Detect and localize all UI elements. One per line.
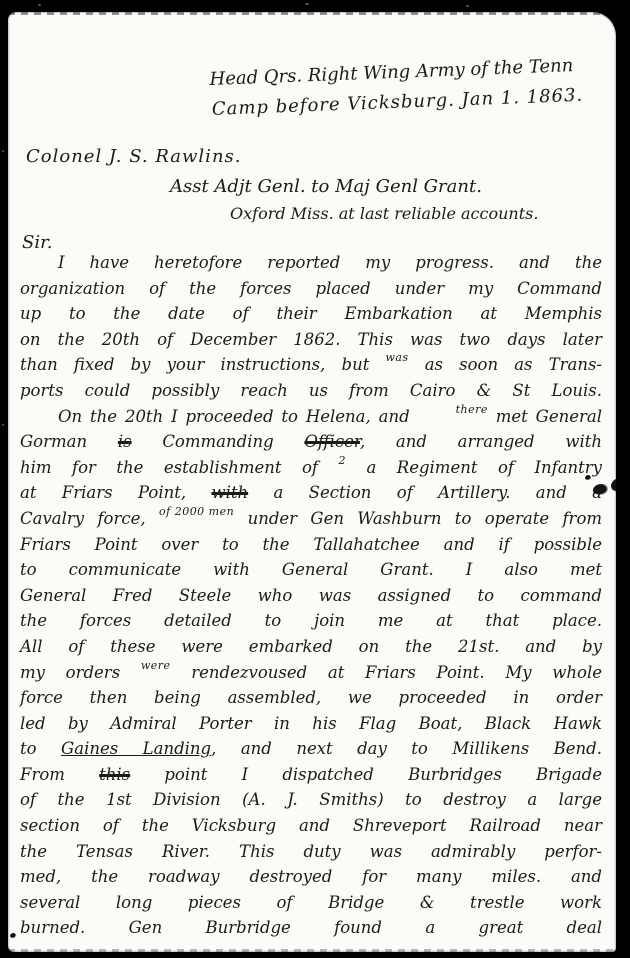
manuscript-line: burned. Gen Burbridge found a great deal <box>20 915 602 941</box>
manuscript-line: ports could possibly reach us from Cairo… <box>20 378 602 404</box>
manuscript-text: of the 1st Division (A. J. Smiths) to de… <box>20 790 602 809</box>
interlinear-insertion: there <box>418 405 488 415</box>
manuscript-text: Gaines Landing <box>61 739 211 758</box>
manuscript-line: to communicate with General Grant. I als… <box>20 557 602 583</box>
ink-blot <box>611 478 616 492</box>
ink-blot <box>10 933 16 938</box>
addressee-name: Colonel J. S. Rawlins. <box>26 146 242 167</box>
manuscript-text: led by Admiral Porter in his Flag Boat, … <box>20 714 602 733</box>
scan-speck <box>466 5 469 7</box>
manuscript-text: burned. Gen Burbridge found a great deal <box>20 918 602 937</box>
manuscript-text: than fixed by your instructions, but <box>20 355 369 374</box>
manuscript-text: at Friars Point, <box>20 483 186 502</box>
manuscript-line: med, the roadway destroyed for many mile… <box>20 864 602 890</box>
interlinear-insertion: was <box>385 353 408 363</box>
struck-out-text: is <box>118 432 132 451</box>
manuscript-line: led by Admiral Porter in his Flag Boat, … <box>20 711 602 737</box>
manuscript-text: several long pieces of Bridge & trestle … <box>20 893 602 912</box>
struck-out-text: Officer <box>304 432 360 451</box>
manuscript-text: section of the Vicksburg and Shreveport … <box>20 816 602 835</box>
manuscript-text: organization of the forces placed under … <box>20 279 602 298</box>
manuscript-text: , and next day to Millikens Bend. <box>211 739 602 758</box>
letter-page: Head Qrs. Right Wing Army of the Tenn Ca… <box>8 12 616 952</box>
scan-speck <box>2 150 4 152</box>
manuscript-text: , and arranged with <box>360 432 602 451</box>
manuscript-text: General Fred Steele who was assigned to … <box>20 586 602 605</box>
scan-speck <box>305 3 309 5</box>
manuscript-text: force then being assembled, we proceeded… <box>20 688 602 707</box>
letter-heading: Head Qrs. Right Wing Army of the Tenn Ca… <box>181 50 603 126</box>
manuscript-text: Gorman <box>20 432 87 451</box>
manuscript-line: up to the date of their Embarkation at M… <box>20 301 602 327</box>
manuscript-line: From this point I dispatched Burbridges … <box>20 762 602 788</box>
manuscript-text: a Regiment of Infantry <box>366 458 602 477</box>
struck-out-text: this <box>99 765 130 784</box>
manuscript-line: force then being assembled, we proceeded… <box>20 685 602 711</box>
manuscript-line: on the 20th of December 1862. This was t… <box>20 327 602 353</box>
manuscript-text: Commanding <box>162 432 273 451</box>
manuscript-text: the Tensas River. This duty was admirabl… <box>20 842 602 861</box>
manuscript-text: ports could possibly reach us from Cairo… <box>20 381 602 400</box>
manuscript-line: to Gaines Landing, and next day to Milli… <box>20 736 602 762</box>
manuscript-line: section of the Vicksburg and Shreveport … <box>20 813 602 839</box>
manuscript-line: Gorman is Commanding Officer, and arrang… <box>20 429 602 455</box>
manuscript-line: him for the establishment of 2 a Regimen… <box>20 455 602 481</box>
interlinear-insertion: of 2000 men <box>159 507 234 517</box>
manuscript-line: my orders were rendezvoused at Friars Po… <box>20 660 602 686</box>
manuscript-text: the forces detailed to join me at that p… <box>20 611 602 630</box>
manuscript-text: All of these were embarked on the 21st. … <box>20 637 602 656</box>
manuscript-text: med, the roadway destroyed for many mile… <box>20 867 602 886</box>
manuscript-text: rendezvoused at Friars Point. My whole <box>191 663 602 682</box>
scan-speck <box>2 424 4 426</box>
manuscript-text: to communicate with General Grant. I als… <box>20 560 602 579</box>
manuscript-line: On the 20th I proceeded to Helena, and t… <box>20 404 602 430</box>
manuscript-text: to <box>20 739 37 758</box>
interlinear-insertion: were <box>141 661 171 671</box>
manuscript-line: I have heretofore reported my progress. … <box>20 250 602 276</box>
manuscript-line: at Friars Point, with a Section of Artil… <box>20 480 602 506</box>
ink-blot <box>593 484 608 495</box>
manuscript-text: a Section of Artillery. and a <box>273 483 602 502</box>
manuscript-text: Cavalry force, <box>20 509 146 528</box>
addressee-location: Oxford Miss. at last reliable accounts. <box>230 204 538 223</box>
manuscript-line: several long pieces of Bridge & trestle … <box>20 890 602 916</box>
manuscript-text: under Gen Washburn to operate from <box>248 509 602 528</box>
manuscript-text: On the 20th I proceeded to Helena, and <box>58 407 410 426</box>
manuscript-line: the forces detailed to join me at that p… <box>20 608 602 634</box>
scanned-letter: Head Qrs. Right Wing Army of the Tenn Ca… <box>0 0 630 958</box>
manuscript-text: as soon as Trans- <box>425 355 602 374</box>
manuscript-text: my orders <box>20 663 120 682</box>
manuscript-text: From <box>20 765 65 784</box>
manuscript-line: than fixed by your instructions, but was… <box>20 352 602 378</box>
manuscript-line: All of these were embarked on the 21st. … <box>20 634 602 660</box>
scan-speck <box>38 4 41 6</box>
manuscript-line: of the 1st Division (A. J. Smiths) to de… <box>20 787 602 813</box>
manuscript-text: Friars Point over to the Tallahatchee an… <box>20 535 602 554</box>
manuscript-line: Friars Point over to the Tallahatchee an… <box>20 532 602 558</box>
manuscript-line: the Tensas River. This duty was admirabl… <box>20 839 602 865</box>
manuscript-text: met General <box>496 407 602 426</box>
letter-body: I have heretofore reported my progress. … <box>20 250 602 941</box>
scan-artifact-top <box>8 12 616 15</box>
manuscript-text: him for the establishment of <box>20 458 318 477</box>
manuscript-text: I have heretofore reported my progress. … <box>58 253 602 272</box>
scan-artifact-bottom <box>8 949 616 952</box>
interlinear-insertion: 2 <box>338 456 346 466</box>
manuscript-text: up to the date of their Embarkation at M… <box>20 304 602 323</box>
manuscript-text: point I dispatched Burbridges Brigade <box>164 765 602 784</box>
addressee-title: Asst Adjt Genl. to Maj Genl Grant. <box>170 176 482 197</box>
manuscript-line: organization of the forces placed under … <box>20 276 602 302</box>
manuscript-line: General Fred Steele who was assigned to … <box>20 583 602 609</box>
manuscript-text: on the 20th of December 1862. This was t… <box>20 330 602 349</box>
struck-out-text: with <box>211 483 248 502</box>
manuscript-line: Cavalry force, of 2000 men under Gen Was… <box>20 506 602 532</box>
